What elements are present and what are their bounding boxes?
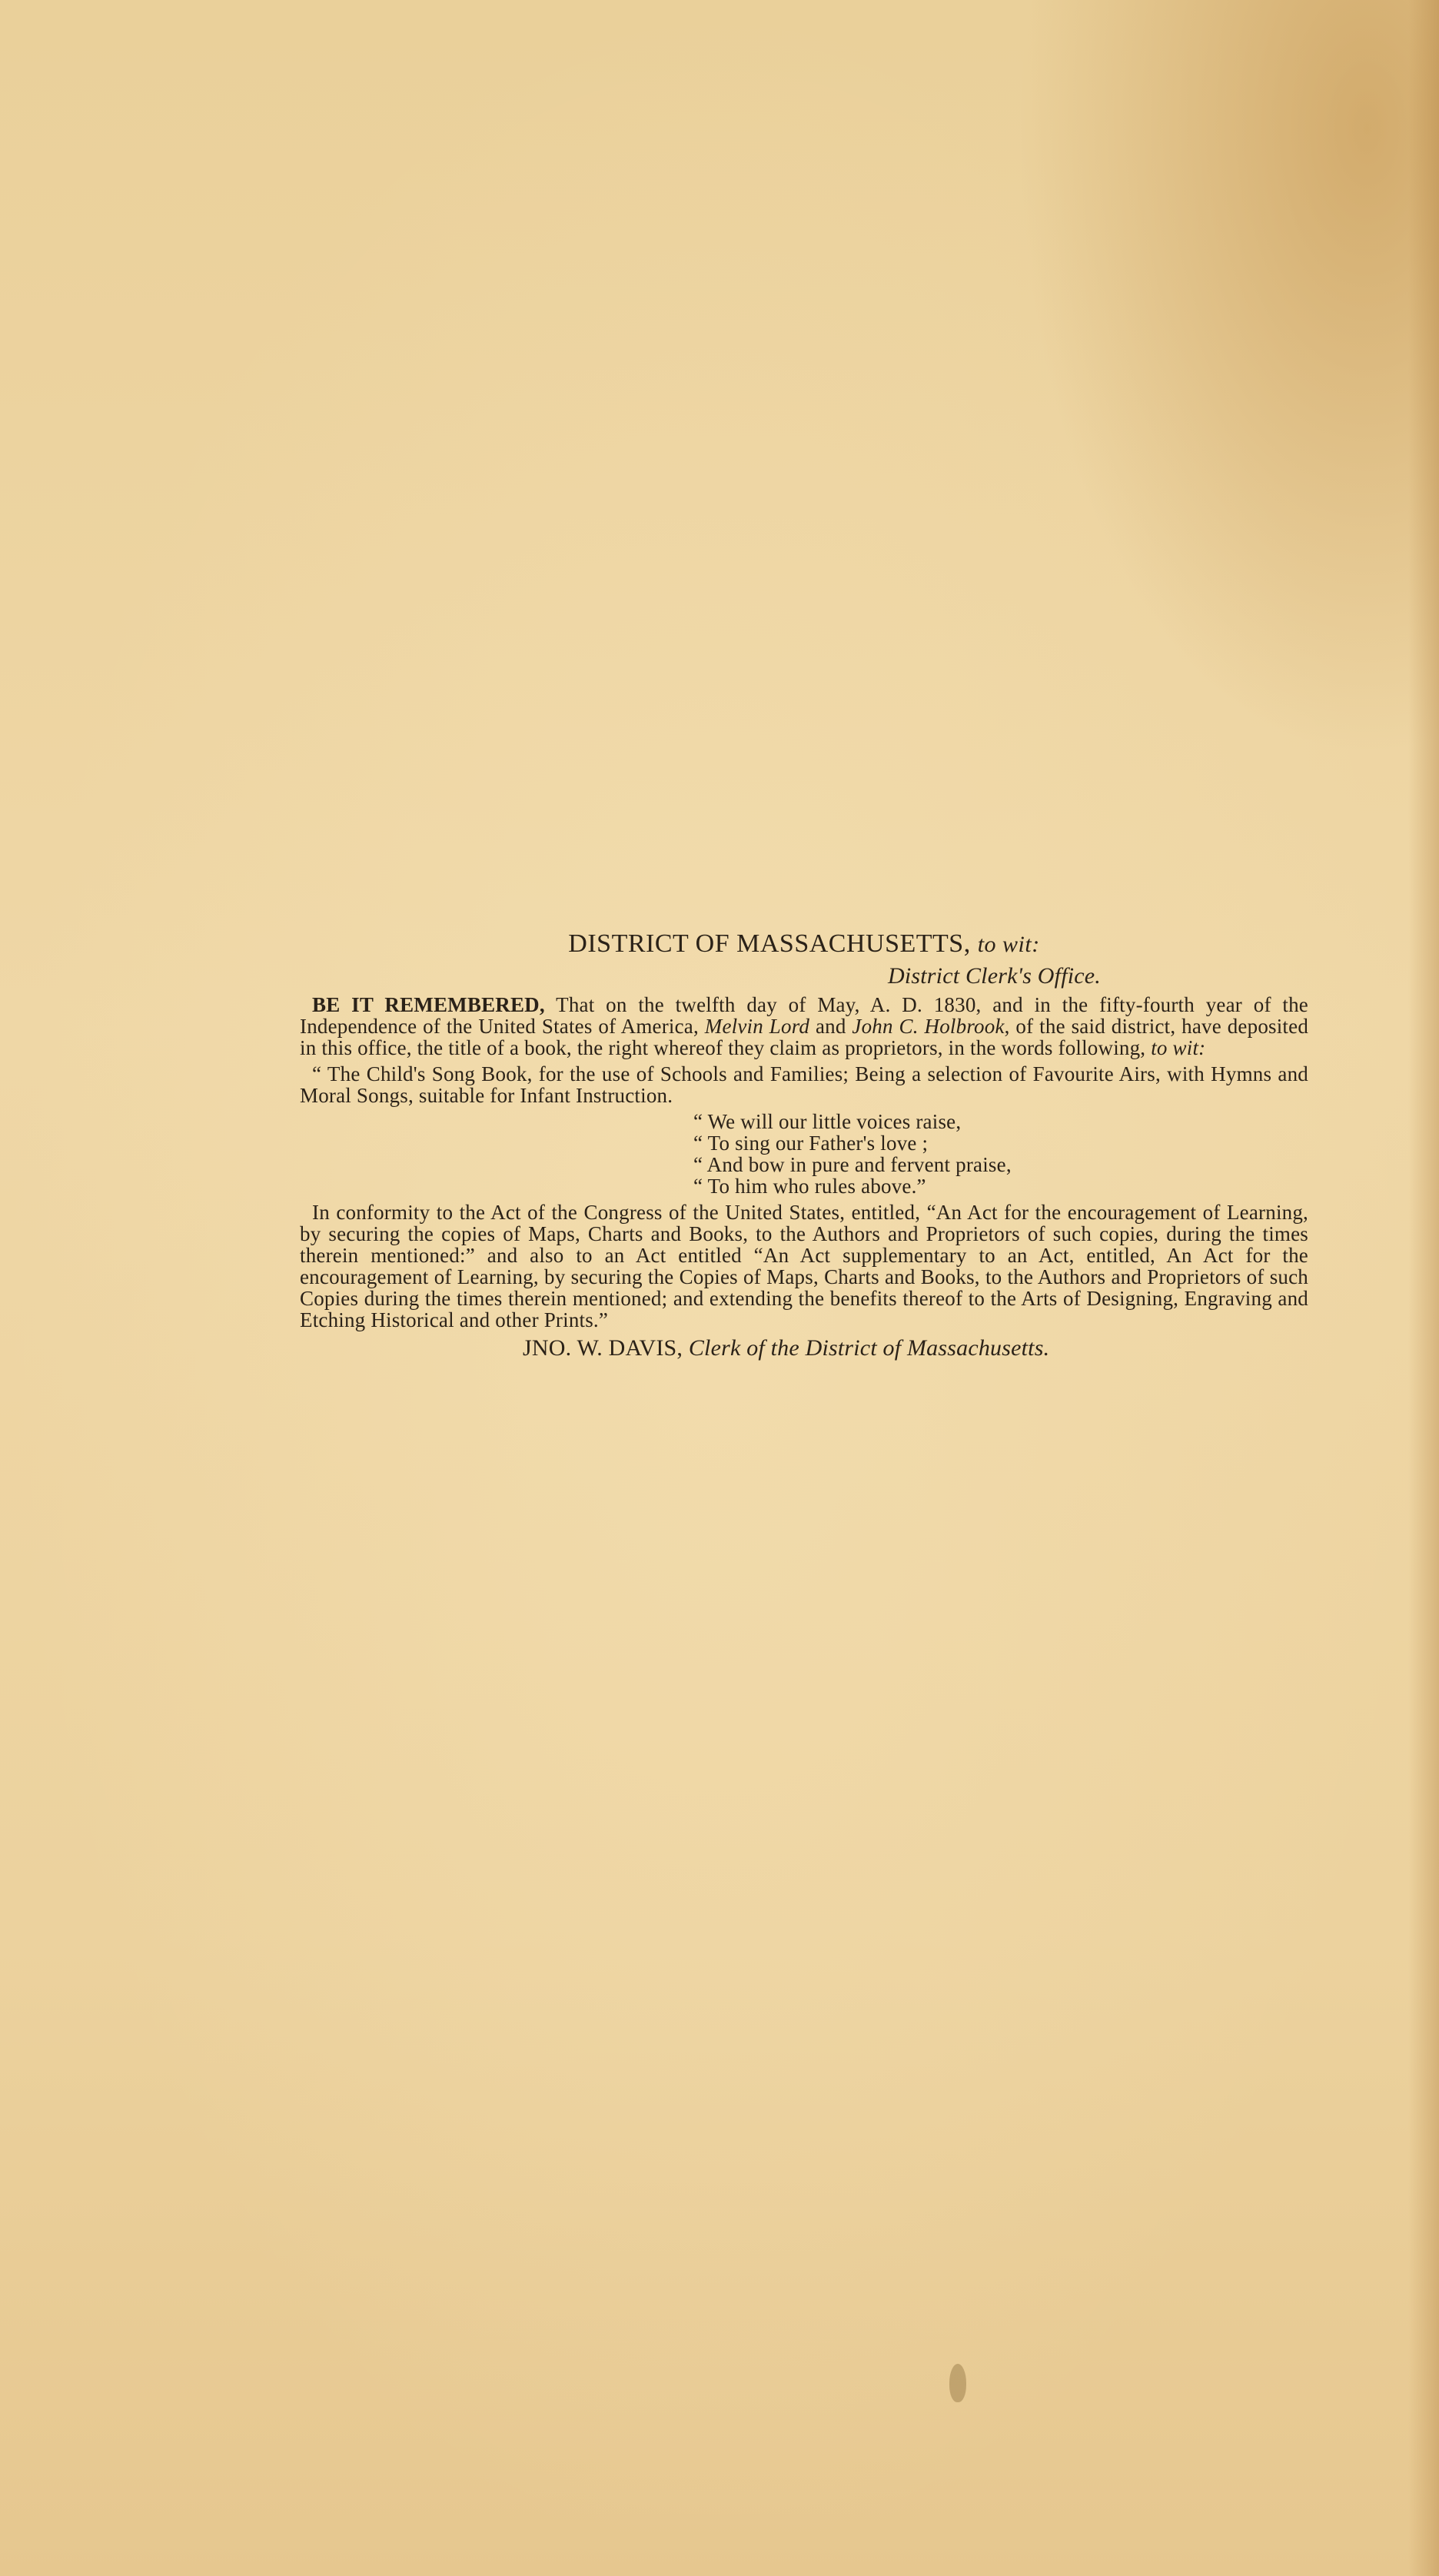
notice-heading: DISTRICT OF MASSACHUSETTS, to wit: (300, 929, 1308, 960)
heading-text: DISTRICT OF MASSACHUSETTS, (568, 929, 970, 958)
registration-and: and (809, 1015, 852, 1038)
registration-paragraph: BE IT REMEMBERED, That on the twelfth da… (300, 994, 1308, 1059)
clerk-office-label: District Clerk's Office. (300, 963, 1308, 989)
book-title-paragraph: “ The Child's Song Book, for the use of … (300, 1063, 1308, 1106)
to-wit: to wit: (1151, 1036, 1205, 1059)
clerk-title: Clerk of the District of Massachusetts. (689, 1335, 1049, 1361)
conformity-paragraph: In conformity to the Act of the Congress… (300, 1202, 1308, 1331)
paper-stain (949, 2364, 966, 2402)
heading-suffix: to wit: (978, 932, 1040, 957)
page-edge-shading (1408, 0, 1439, 2576)
verse-line: “ To him who rules above.” (693, 1175, 1308, 1197)
verse-line: “ And bow in pure and fervent praise, (693, 1154, 1308, 1175)
clerk-name: JNO. W. DAVIS, (523, 1335, 683, 1361)
proprietor-name: John C. Holbrook (852, 1015, 1004, 1038)
be-it-remembered: BE IT REMEMBERED, (312, 993, 545, 1016)
clerk-signature: JNO. W. DAVIS, Clerk of the District of … (300, 1335, 1308, 1361)
proprietor-name: Melvin Lord (705, 1015, 809, 1038)
epigraph-verse: “ We will our little voices raise, “ To … (300, 1111, 1308, 1197)
copyright-notice: DISTRICT OF MASSACHUSETTS, to wit: Distr… (300, 929, 1308, 1361)
verse-line: “ We will our little voices raise, (693, 1111, 1308, 1132)
verse-line: “ To sing our Father's love ; (693, 1132, 1308, 1154)
